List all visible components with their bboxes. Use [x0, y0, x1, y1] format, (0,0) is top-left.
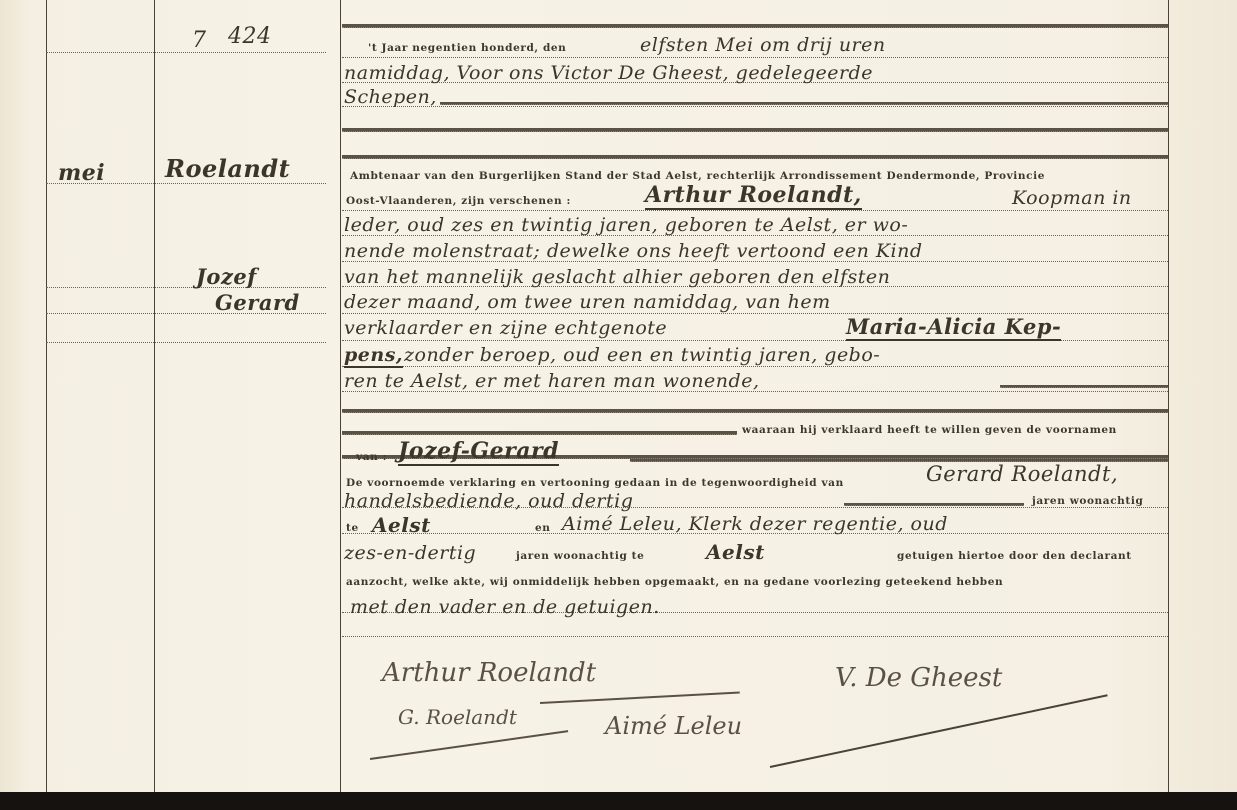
signature-officer: V. De Gheest [835, 663, 1002, 693]
p2-line5: van het mannelijk geslacht alhier gebore… [344, 266, 890, 288]
rule-p3-lead [342, 431, 737, 435]
body-dotline [342, 366, 1168, 367]
margin-given-name-2: Gerard [215, 290, 300, 315]
p2-line4: nende molenstraat; dewelke ons heeft ver… [344, 240, 923, 262]
column-rule-3 [340, 0, 341, 792]
signature-flourish [540, 692, 740, 704]
p2-line8-tail: zonder beroep, oud een en twintig jaren,… [404, 344, 880, 366]
body-dotline [342, 106, 1168, 107]
scan-border [0, 792, 1237, 810]
p2-printed-line2: Oost-Vlaanderen, zijn verschenen : [346, 195, 571, 207]
signature-father: Arthur Roelandt [382, 658, 596, 688]
p4-printed-jaren2: jaren woonachtig te [516, 550, 644, 562]
p2-line6: dezer maand, om twee uren namiddag, van … [344, 291, 831, 313]
mother-name-part1: Maria-Alicia Kep- [846, 314, 1061, 341]
mother-name-part2: pens, [344, 344, 403, 368]
p2-fill-rule [1000, 385, 1168, 388]
margin-dotline [46, 52, 326, 53]
p1-printed-intro: 't Jaar negentien honderd, den [368, 42, 566, 54]
column-rule-4 [1168, 0, 1169, 792]
body-dotline [342, 57, 1168, 58]
margin-surname: Roelandt [165, 154, 290, 183]
p1-line2: namiddag, Voor ons Victor De Gheest, ged… [344, 62, 873, 84]
p2-line9: ren te Aelst, er met haren man wonende, [344, 370, 760, 392]
p3-printed-van: van : [356, 451, 387, 463]
witness2-residence: Aelst [706, 540, 765, 564]
rule-after-p2 [342, 409, 1168, 413]
p1-line3: Schepen, [344, 86, 437, 108]
margin-dotline [46, 342, 326, 343]
body-dotline [342, 210, 1168, 211]
register-page: 7 424 mei Roelandt Jozef Gerard 't Jaar … [0, 0, 1237, 792]
witness1-name: Gerard Roelandt, [926, 462, 1118, 486]
rule-after-p1a [342, 128, 1168, 132]
p4-printed-en: en [535, 522, 551, 534]
rule-top [342, 24, 1168, 28]
closing-line: met den vader en de getuigen. [350, 596, 660, 618]
p4-line2-fill [844, 503, 1024, 506]
signature-witness1: G. Roelandt [398, 705, 517, 729]
witness2-line: Aimé Leleu, Klerk dezer regentie, oud [562, 513, 948, 535]
signature-witness2: Aimé Leleu [605, 712, 742, 740]
declarant-name: Arthur Roelandt, [645, 182, 862, 210]
p3-printed-tail: waaraan hij verklaard heeft te willen ge… [742, 424, 1117, 436]
p4-printed-jaren1: jaren woonachtig [1032, 495, 1143, 507]
p2-line7-lead: verklaarder en zijne echtgenote [344, 317, 667, 339]
rule-after-p1b [342, 155, 1168, 159]
p4-printed-getuigen: getuigen hiertoe door den declarant [897, 550, 1132, 562]
column-rule-1 [46, 0, 47, 792]
body-dotline [342, 636, 1168, 637]
p2-line2-tail: Koopman in [1012, 187, 1132, 209]
p4-printed-line5: aanzocht, welke akte, wij onmiddelijk he… [346, 576, 1003, 588]
act-prefix: 7 [192, 28, 207, 53]
p1-fill-rule [440, 102, 1168, 105]
witness1-residence: Aelst [372, 513, 431, 537]
signature-flourish [370, 730, 568, 759]
column-rule-2 [154, 0, 155, 792]
witness2-age: zes-en-dertig [344, 542, 476, 564]
p2-printed-line1: Ambtenaar van den Burgerlijken Stand der… [350, 170, 1045, 182]
margin-dotline [46, 287, 326, 288]
act-number: 424 [228, 24, 272, 49]
p4-printed-line1: De voornoemde verklaring en vertooning g… [346, 477, 844, 489]
child-given-names: Jozef-Gerard [398, 438, 559, 466]
margin-month: mei [58, 160, 105, 186]
p2-line3: leder, oud zes en twintig jaren, geboren… [344, 214, 908, 236]
p4-printed-te: te [346, 522, 359, 534]
margin-given-name-1: Jozef [196, 264, 257, 289]
signature-officer-underline [770, 694, 1108, 768]
p4-line2: handelsbediende, oud dertig [344, 490, 633, 512]
p1-line1: elfsten Mei om drij uren [640, 34, 886, 56]
